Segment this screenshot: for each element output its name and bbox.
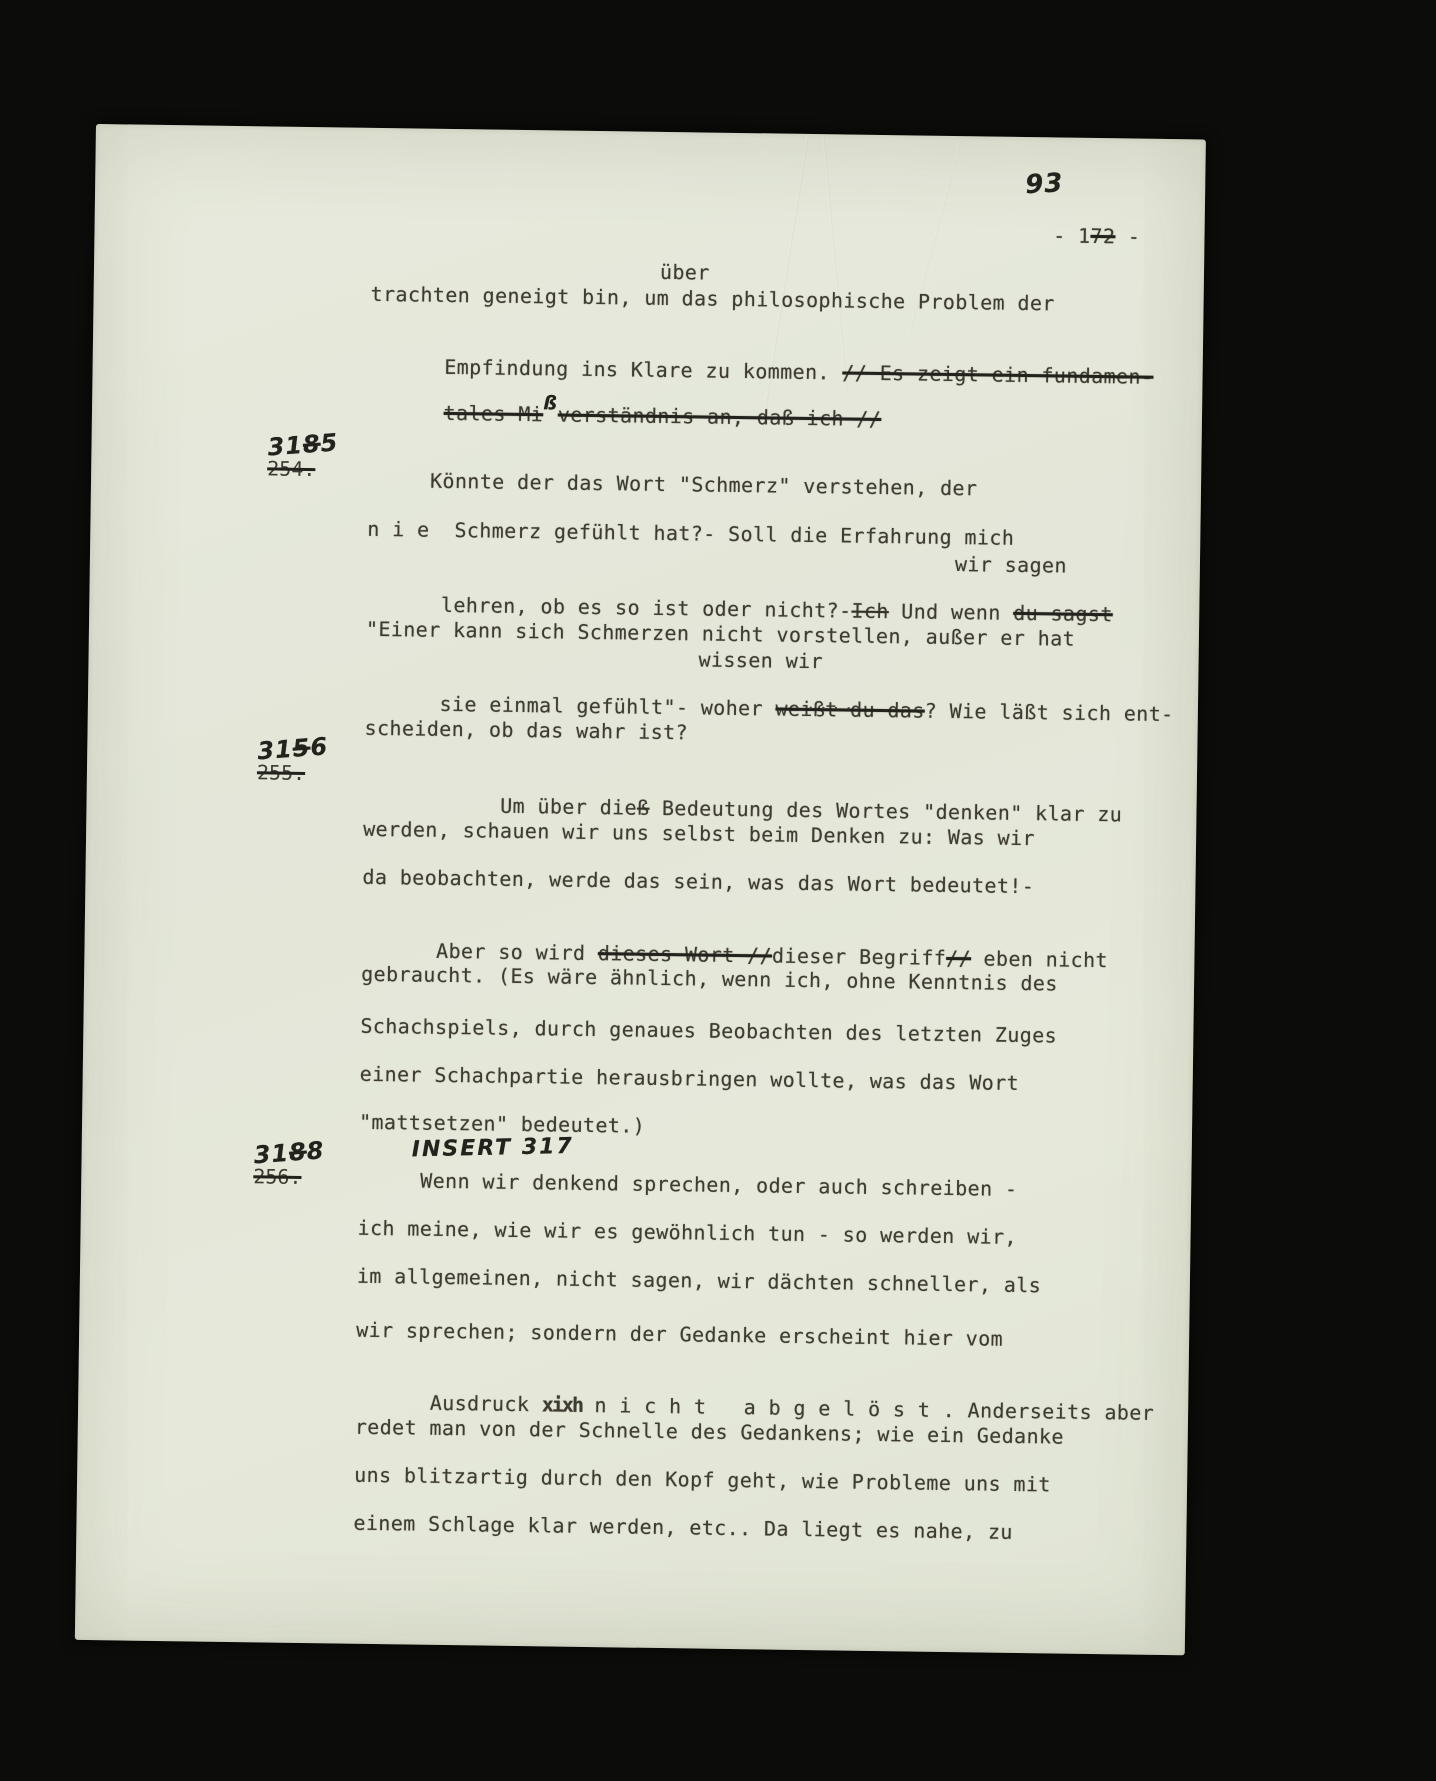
margin-number-handwritten: 3156 [256, 732, 329, 765]
scan-backdrop: 93 - 172 - über trachten geneigt bin, um… [0, 0, 1436, 1781]
typed-insertion-ueber: über [660, 260, 710, 285]
struck-letter: ß [637, 796, 650, 820]
typed-line: scheiden, ob das wahr ist? [364, 716, 688, 745]
struck-passage: verständnis an, daß ich // [558, 402, 882, 431]
struck-word: Ich [851, 599, 889, 624]
handwritten-eszett-correction: ß [543, 392, 558, 414]
page-number-post: - [1115, 224, 1140, 248]
typed-segment: Um über die [500, 794, 637, 820]
typed-line: Wenn wir denkend sprechen, oder auch sch… [420, 1169, 1017, 1201]
typed-segment: dieser Begriff [772, 944, 947, 970]
typed-line: wir sprechen; sondern der Gedanke ersche… [356, 1318, 1003, 1351]
margin-remark-1: 3185 254. [267, 430, 339, 481]
typed-line: Schachspiels, durch genaues Beobachten d… [360, 1014, 1057, 1048]
typed-segment: Aber so wird [436, 939, 598, 965]
struck-passage: tales Mi [443, 401, 543, 426]
typed-insertion-above: wissen wir [698, 647, 823, 673]
typed-line: da beobachten, werde das sein, was das W… [362, 865, 1034, 898]
margin-remark-3: 3188 256. [253, 1138, 325, 1189]
typed-insertion-above: wir sagen [955, 552, 1067, 578]
typed-line: einem Schlage klar werden, etc.. Da lieg… [353, 1511, 1013, 1544]
page-number-typed: - 172 - [978, 198, 1141, 272]
stet-dots: .... [806, 694, 857, 714]
page-number-struck: 72 [1090, 224, 1115, 248]
page-number-pre: - 1 [1053, 223, 1091, 248]
typed-line: Könnte der das Wort "Schmerz" verstehen,… [430, 469, 978, 501]
typed-segment: Und wenn [889, 599, 1014, 625]
typed-line: n i e Schmerz gefühlt hat?- Soll die Erf… [367, 517, 1014, 550]
paper-sheet: 93 - 172 - über trachten geneigt bin, um… [75, 124, 1206, 1655]
margin-remark-2: 3156 255. [257, 734, 329, 785]
page-number-handwritten: 93 [1024, 168, 1064, 200]
overtyped-deletion: xixh [542, 1392, 583, 1417]
typed-line: tales Mißverständnis an, daß ich // [369, 376, 882, 455]
struck-passage: // Es zeigt ein fundamen- [842, 360, 1153, 388]
struck-passage: dieses Wort // [598, 941, 773, 967]
insert-note-annotation: INSERT 317 [411, 1134, 574, 1162]
typed-segment: ? Wie läßt sich ent- [925, 699, 1174, 726]
typed-line: "mattsetzen" bedeutet.) [359, 1110, 645, 1138]
typed-line: ich meine, wie wir es gewöhnlich tun - s… [357, 1216, 1017, 1249]
margin-number-handwritten: 3185 [267, 428, 340, 461]
typed-line: uns blitzartig durch den Kopf geht, wie … [354, 1463, 1051, 1497]
typed-segment: eben nicht [971, 946, 1108, 972]
typed-line: trachten geneigt bin, um das philosophis… [370, 282, 1055, 316]
struck-passage: // [946, 946, 971, 970]
typed-line: einer Schachpartie herausbringen wollte,… [360, 1062, 1020, 1095]
struck-passage: du sagst [1013, 601, 1113, 626]
typed-line: im allgemeinen, nicht sagen, wir dächten… [357, 1264, 1042, 1298]
typed-segment: sie einmal gefühlt"- woher [439, 692, 775, 721]
typed-segment: Ausdruck [430, 1391, 542, 1417]
margin-number-handwritten: 3188 [253, 1136, 326, 1169]
